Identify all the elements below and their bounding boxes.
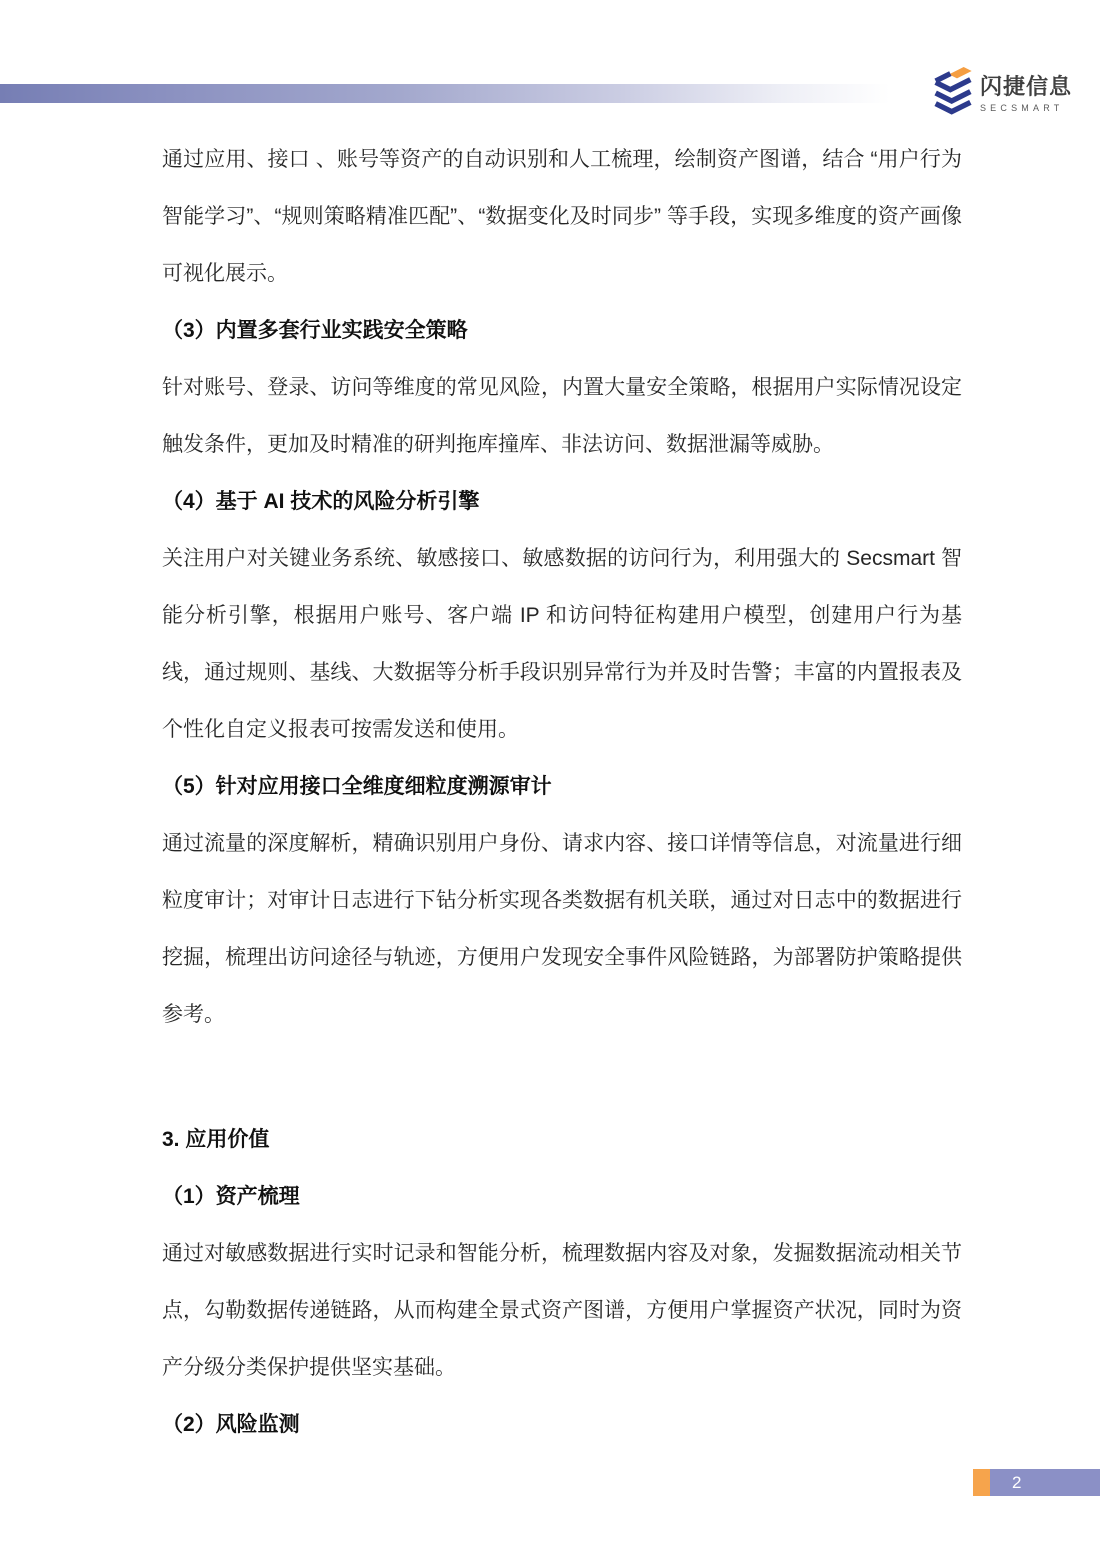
paragraph: 针对账号、登录、访问等维度的常见风险，内置大量安全策略，根据用户实际情况设定触发… <box>162 359 962 473</box>
page-number: 2 <box>1012 1473 1021 1493</box>
paragraph: 通过对敏感数据进行实时记录和智能分析，梳理数据内容及对象，发掘数据流动相关节点，… <box>162 1225 962 1396</box>
document-body: 通过应用、接口 、账号等资产的自动识别和人工梳理，绘制资产图谱，结合 “用户行为… <box>162 131 962 1453</box>
brand-name-cn: 闪捷信息 <box>980 74 1072 100</box>
header-gradient-bar <box>0 84 890 103</box>
brand-text: 闪捷信息 SECSMART <box>980 74 1072 113</box>
paragraph: 通过流量的深度解析，精确识别用户身份、请求内容、接口详情等信息，对流量进行细粒度… <box>162 815 962 1043</box>
subsection-heading-3: （3）内置多套行业实践安全策略 <box>162 302 962 359</box>
paragraph: 通过应用、接口 、账号等资产的自动识别和人工梳理，绘制资产图谱，结合 “用户行为… <box>162 131 962 302</box>
subsection-heading-1: （1）资产梳理 <box>162 1168 962 1225</box>
brand-name-en: SECSMART <box>980 103 1072 113</box>
footer-page-number-block: 2 <box>973 1469 1100 1496</box>
subsection-heading-5: （5）针对应用接口全维度细粒度溯源审计 <box>162 758 962 815</box>
footer-accent-square <box>973 1469 990 1496</box>
document-page: 闪捷信息 SECSMART 通过应用、接口 、账号等资产的自动识别和人工梳理，绘… <box>0 0 1100 1555</box>
footer-bar: 2 <box>990 1469 1100 1496</box>
subsection-heading-2: （2）风险监测 <box>162 1396 962 1453</box>
section-heading-application-value: 3. 应用价值 <box>162 1111 962 1168</box>
subsection-heading-4: （4）基于 AI 技术的风险分析引擎 <box>162 473 962 530</box>
brand-logo: 闪捷信息 SECSMART <box>933 66 1072 120</box>
secsmart-logo-icon <box>933 66 973 120</box>
paragraph: 关注用户对关键业务系统、敏感接口、敏感数据的访问行为，利用强大的 Secsmar… <box>162 530 962 758</box>
